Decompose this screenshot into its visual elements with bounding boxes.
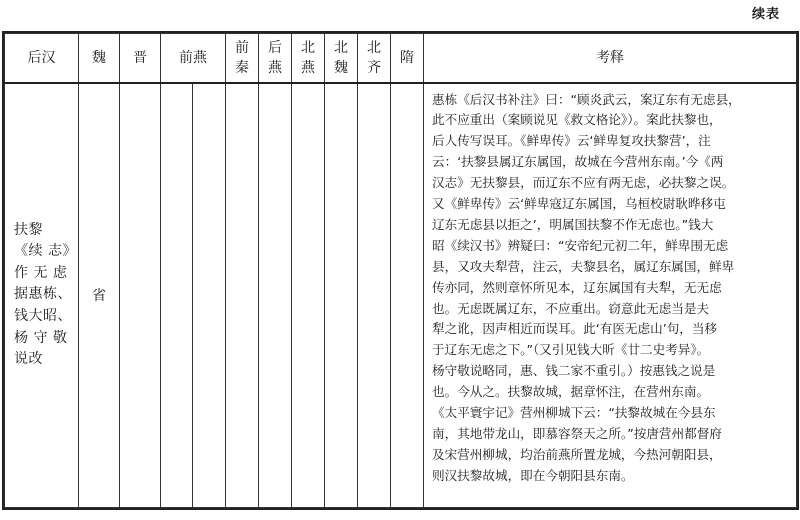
note-line: 县，又攻夫犁营，注云，夫黎县名，属辽东属国，鲜卑 — [432, 257, 792, 278]
header-houyan-char-1: 后 — [259, 38, 291, 58]
cell-beiyan — [292, 83, 325, 508]
header-qianqin-char-2: 秦 — [226, 58, 258, 78]
houhan-line: 说改 — [14, 349, 74, 371]
note-line: 汉志》无扶黎县，而辽东不应有两无虑，必扶黎之误。 — [432, 173, 792, 194]
note-line: 又《鲜卑传》云‘鲜卑寇辽东属国，乌桓校尉耿晔移屯 — [432, 194, 792, 215]
houhan-line: 钱大昭、 — [14, 306, 74, 328]
header-beiyan: 北 燕 — [292, 34, 325, 83]
houhan-line: 作 无 虑 — [14, 263, 74, 285]
note-line: 南，其地带龙山，即慕容祭天之所。”按唐营州都督府 — [432, 424, 792, 445]
note-line: 《太平寰宇记》营州柳城下云：“扶黎故城在今县东 — [432, 403, 792, 424]
header-beiqi: 北 齐 — [358, 34, 391, 83]
note-line: 后人传写误耳。《鲜卑传》云‘鲜卑复攻扶黎营’，注 — [432, 131, 792, 152]
header-qianyan: 前燕 — [161, 34, 226, 83]
table-row: 扶黎 《续 志》 作 无 虑 据惠栋、 钱大昭、 杨 守 敬 说改 省 惠栋《后… — [5, 83, 797, 508]
houhan-line: 杨 守 敬 — [14, 328, 74, 350]
cell-beiqi — [358, 83, 391, 508]
cell-jin — [120, 83, 161, 508]
header-beiyan-char-1: 北 — [292, 38, 324, 58]
note-line: 惠栋《后汉书补注》曰：“顾炎武云，案辽东有无虑县， — [432, 90, 792, 111]
note-line: 于辽东无虑之下。”（又引见钱大昕《廿二史考异》。 — [432, 340, 792, 361]
houhan-line: 《续 志》 — [14, 241, 74, 263]
header-row: 后汉 魏 晋 前燕 前 秦 后 燕 北 燕 北 魏 北 齐 — [5, 34, 797, 83]
note-line: 云：‘扶黎县属辽东属国，故城在今营州东南。’今《两 — [432, 152, 792, 173]
cell-qianyan-a — [161, 83, 193, 508]
houhan-line: 扶黎 — [14, 220, 74, 242]
cell-kaoshi-note: 惠栋《后汉书补注》曰：“顾炎武云，案辽东有无虑县， 此不应重出（案顾说见《救文格… — [424, 83, 797, 508]
note-line: 则汉扶黎故城，即在今朝阳县东南。 — [432, 466, 792, 487]
note-line: 传亦同，然则章怀所见本，辽东属国有夫犁，无无虑 — [432, 278, 792, 299]
header-qianqin-char-1: 前 — [226, 38, 258, 58]
cell-qianqin — [226, 83, 259, 508]
cell-sui — [391, 83, 424, 508]
note-line: 杨守敬说略同，惠、钱二家不重引。）按惠钱之说是 — [432, 361, 792, 382]
header-houhan: 后汉 — [5, 34, 79, 83]
header-houyan-char-2: 燕 — [259, 58, 291, 78]
header-kaoshi: 考释 — [424, 34, 797, 83]
continued-table-label: 续表 — [752, 3, 780, 22]
note-line: 辽东无虑县以拒之’，明属国扶黎不作无虑也。”钱大 — [432, 215, 792, 236]
cell-beiwei — [325, 83, 358, 508]
cell-wei: 省 — [79, 83, 120, 508]
note-line: 及宋营州柳城，均治前燕所置龙城，今热河朝阳县， — [432, 445, 792, 466]
note-line: 昭《续汉书》辨疑曰：“安帝纪元初二年，鲜卑围无虑 — [432, 236, 792, 257]
header-jin: 晋 — [120, 34, 161, 83]
header-beiqi-char-2: 齐 — [358, 58, 390, 78]
houhan-line: 据惠栋、 — [14, 284, 74, 306]
header-beiqi-char-1: 北 — [358, 38, 390, 58]
historical-place-table: 后汉 魏 晋 前燕 前 秦 后 燕 北 燕 北 魏 北 齐 — [2, 31, 799, 510]
note-line: 此不应重出（案顾说见《救文格论》）。案此扶黎也， — [432, 110, 792, 131]
header-beiwei-char-2: 魏 — [325, 58, 357, 78]
note-line: 也。无虑既属辽东，不应重出。窃意此无虑当是夫 — [432, 299, 792, 320]
cell-houyan — [259, 83, 292, 508]
note-line: 也。今从之。扶黎故城，据章怀注，在营州东南。 — [432, 382, 792, 403]
header-qianqin: 前 秦 — [226, 34, 259, 83]
header-beiwei-char-1: 北 — [325, 38, 357, 58]
cell-houhan: 扶黎 《续 志》 作 无 虑 据惠栋、 钱大昭、 杨 守 敬 说改 — [5, 83, 79, 508]
header-beiwei: 北 魏 — [325, 34, 358, 83]
cell-qianyan-b — [193, 83, 226, 508]
dynasty-comparison-table: 后汉 魏 晋 前燕 前 秦 后 燕 北 燕 北 魏 北 齐 — [4, 33, 797, 508]
header-sui: 隋 — [391, 34, 424, 83]
header-beiyan-char-2: 燕 — [292, 58, 324, 78]
header-houyan: 后 燕 — [259, 34, 292, 83]
header-wei: 魏 — [79, 34, 120, 83]
note-line: 犁之讹，因声相近而误耳。此‘有医无虑山’句，当移 — [432, 319, 792, 340]
